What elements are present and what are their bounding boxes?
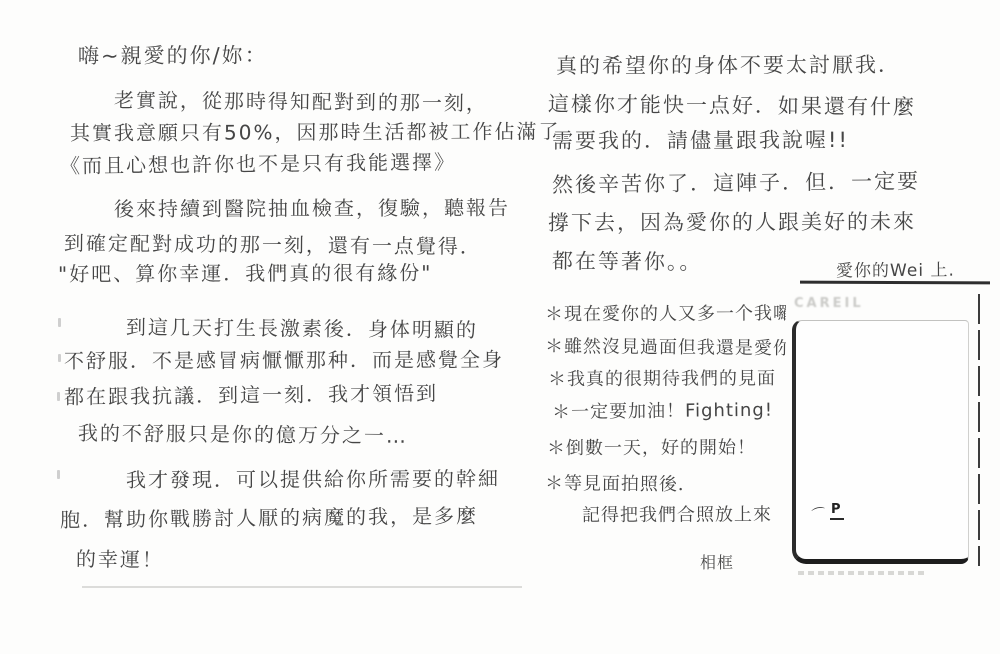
- left-para3-line3: 都在跟我抗議．到這一刻．我才領悟到: [64, 377, 438, 410]
- left-para1-line1: 老實說，從那時得知配對到的那一刻，: [114, 84, 488, 116]
- scan-artifact: [57, 470, 60, 479]
- ps-note-6-continued: 記得把我們合照放上來: [582, 500, 772, 527]
- left-para2-line1: 後來持續到醫院抽血檢查，復驗，聽報告: [114, 192, 510, 222]
- faint-stamp-row: [798, 571, 926, 575]
- photo-watermark-text: CAREIL: [794, 296, 864, 311]
- left-para2-line3: "好吧、算你幸運．我們真的很有緣份": [58, 257, 433, 287]
- left-para1-line2: 其實我意願只有50%，因那時生活都被工作佔滿了: [70, 115, 561, 146]
- photo-frame-outline: [792, 320, 969, 564]
- left-para3-line2: 不舒服．不是感冒病懨懨那种．而是感覺全身: [64, 343, 504, 374]
- greeting-line: 嗨~親愛的你/妳：: [78, 39, 268, 70]
- left-para4-line1: 我才發現．可以提供給你所需要的幹細: [126, 463, 500, 493]
- photo-caption-partial: 相框: [700, 550, 734, 573]
- p-mark: P: [830, 502, 844, 520]
- left-para2-line2: 到確定配對成功的那一刻，還有一点覺得．: [64, 227, 482, 260]
- ps-note-3: ＊我真的很期待我們的見面: [548, 364, 776, 391]
- ps-note-5: ＊倒數一天，好的開始！: [547, 433, 756, 460]
- scanned-letter-page: 嗨~親愛的你/妳： 老實說，從那時得知配對到的那一刻， 其實我意願只有50%，因…: [0, 0, 1000, 654]
- left-para1-line3: 《而且心想也許你也不是只有我能選擇》: [60, 146, 456, 179]
- ps-note-2: ＊雖然沒見過面但我還是愛你: [545, 332, 792, 360]
- right-para1-line3: 需要我的．請儘量跟我說喔!!: [552, 124, 849, 155]
- left-para3-line1: 到這几天打生長激素後．身体明顯的: [126, 311, 478, 343]
- scan-artifact: [58, 318, 61, 327]
- photo-right-edge: [978, 294, 980, 566]
- ps-note-4: ＊一定要加油！Fighting!: [552, 396, 773, 424]
- left-para4-line3: 的幸運！: [76, 543, 164, 573]
- signature-line: 愛你的Wei 上.: [836, 256, 955, 282]
- ps-note-6: ＊等見面拍照後．: [545, 469, 697, 496]
- scan-artifact: [57, 392, 60, 401]
- right-para1-line2: 這樣你才能快一点好．如果還有什麼: [548, 88, 916, 121]
- right-para1-line1: 真的希望你的身体不要太討厭我．: [556, 49, 901, 80]
- left-para3-line4: 我的不舒服只是你的億万分之一…: [78, 417, 408, 449]
- right-para2-line3: 都在等著你。。: [552, 245, 703, 276]
- ps-note-1: ＊現在愛你的人又多一个我囉: [545, 299, 792, 326]
- right-para2-line1: 然後辛苦你了．這陣子．但．一定要: [552, 165, 920, 199]
- photo-sleeve: CAREIL ⌒ P: [786, 288, 984, 580]
- scan-artifact: [58, 354, 61, 362]
- right-para2-line2: 撐下去，因為愛你的人跟美好的未來: [548, 206, 916, 237]
- paper-edge-line: [82, 586, 522, 588]
- left-para4-line2: 胞．幫助你戰勝討人厭的病魔的我，是多麼: [60, 500, 478, 533]
- photo-top-edge: [800, 281, 990, 285]
